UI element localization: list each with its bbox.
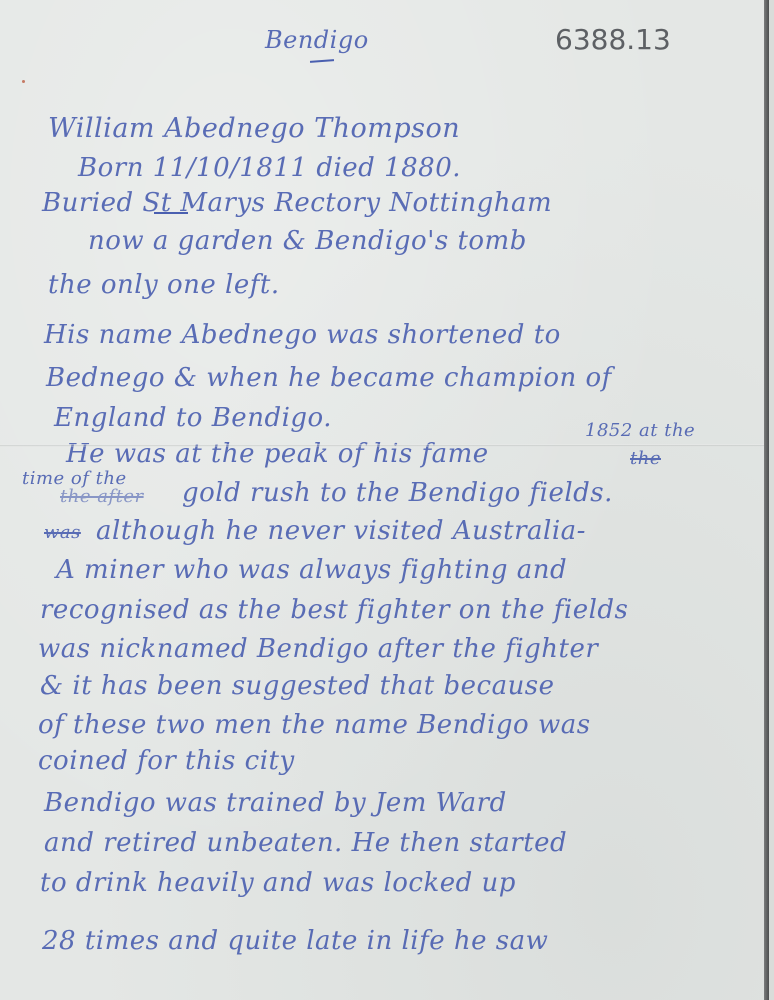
- line-retired: and retired unbeaten. He then started: [44, 830, 567, 856]
- line-born-died: Born 11/10/1811 died 1880.: [78, 155, 461, 181]
- line-garden: now a garden & Bendigo's tomb: [88, 228, 527, 254]
- paper-fold-line: [0, 444, 769, 447]
- line-coined: coined for this city: [38, 748, 295, 774]
- underline-st: [154, 212, 188, 214]
- struck-word-the: the: [630, 450, 661, 468]
- struck-words-line-10: the after: [60, 488, 144, 506]
- insertion-1852: 1852 at the: [585, 422, 695, 440]
- line-nicknamed: was nicknamed Bendigo after the fighter: [38, 636, 598, 662]
- line-suggested: & it has been suggested that because: [40, 673, 555, 699]
- page-edge-shadow: [764, 0, 769, 1000]
- line-only-one-left: the only one left.: [48, 272, 280, 298]
- line-trained-by: Bendigo was trained by Jem Ward: [44, 790, 507, 816]
- line-locked-up: 28 times and quite late in life he saw: [42, 928, 548, 954]
- struck-word-was: was: [44, 524, 81, 542]
- line-a-miner: A miner who was always fighting and: [56, 557, 567, 583]
- document-title: Bendigo: [265, 28, 369, 52]
- catalogue-number: 6388.13: [555, 26, 671, 54]
- title-underline: [310, 59, 334, 63]
- line-name: William Abednego Thompson: [48, 115, 460, 142]
- line-gold-rush: gold rush to the Bendigo fields.: [182, 480, 613, 506]
- line-recognised: recognised as the best fighter on the fi…: [40, 597, 628, 623]
- line-buried: Buried St Marys Rectory Nottingham: [42, 190, 552, 216]
- line-his-name: His name Abednego was shortened to: [44, 322, 561, 348]
- line-never-visited: although he never visited Australia-: [96, 518, 586, 544]
- line-bednego: Bednego & when he became champion of: [46, 365, 612, 391]
- line-these-two-men: of these two men the name Bendigo was: [38, 712, 591, 738]
- line-drink: to drink heavily and was locked up: [40, 870, 516, 896]
- handwritten-document-page: Bendigo 6388.13 William Abednego Thompso…: [0, 0, 769, 1000]
- ink-speck: [22, 80, 25, 83]
- line-england: England to Bendigo.: [54, 405, 332, 431]
